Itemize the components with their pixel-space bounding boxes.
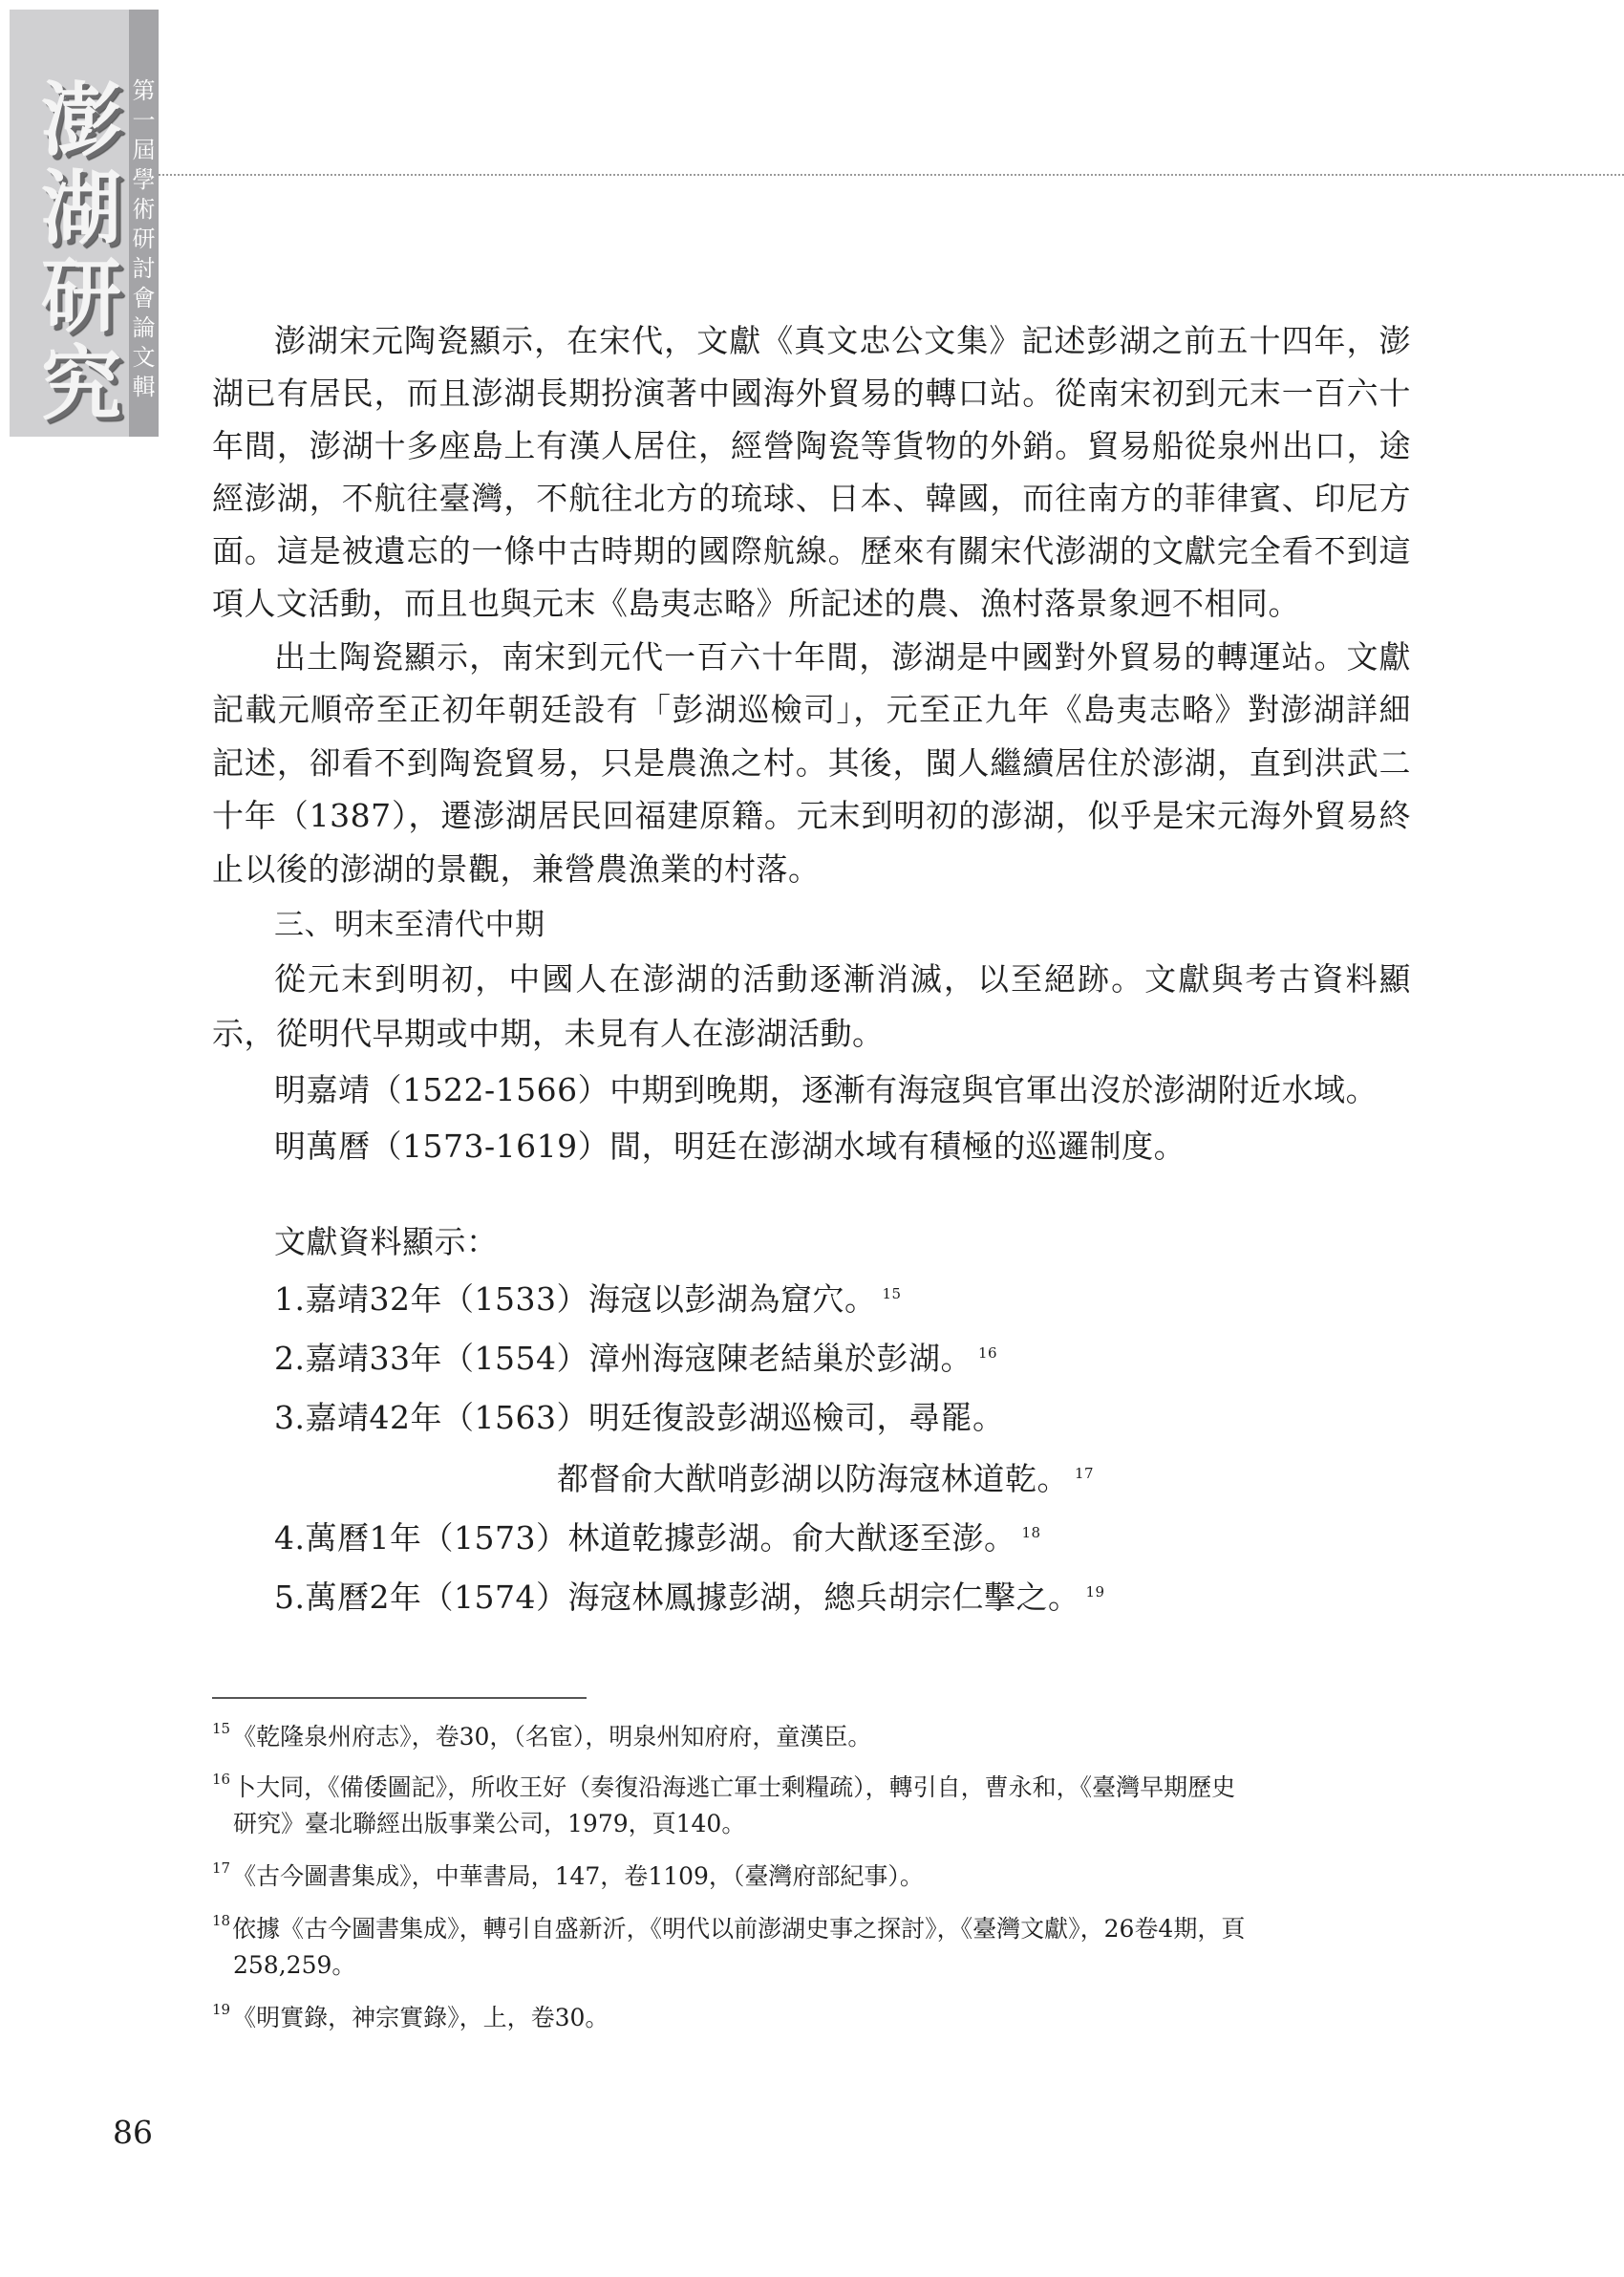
- footnote-ref[interactable]: 19: [1085, 1583, 1104, 1600]
- footnote-ref[interactable]: 17: [1075, 1465, 1094, 1482]
- footnote-ref[interactable]: 16: [978, 1344, 997, 1362]
- journal-subtitle-char: 學: [133, 165, 156, 195]
- journal-subtitle-char: 研: [133, 225, 156, 254]
- footnote-number: 17: [212, 1859, 230, 1877]
- page-number: 86: [113, 2114, 153, 2152]
- journal-subtitle-char: 討: [133, 254, 156, 284]
- list-item-text: 5.萬曆2年（1574）海寇林鳳據彭湖，總兵胡宗仁擊之。: [274, 1579, 1079, 1616]
- text-line: 十年（1387），遷澎湖居民回福建原籍。元末到明初的澎湖，似乎是宋元海外貿易終: [212, 797, 1411, 835]
- list-item-text: 3.嘉靖42年（1563）明廷復設彭湖巡檢司，尋罷。: [274, 1399, 1004, 1436]
- footnote-text: 依據《古今圖書集成》，轉引自盛新沂，《明代以前澎湖史事之探討》，《臺灣文獻》，2…: [232, 1915, 1245, 1943]
- paragraph-4: 明嘉靖（1522-1566）中期到晚期，逐漸有海寇與官軍出沒於澎湖附近水域。: [274, 1071, 1378, 1109]
- list-item-text: 4.萬曆1年（1573）林道乾據彭湖。俞大猷逐至澎。: [274, 1519, 1015, 1557]
- text-line: 澎湖宋元陶瓷顯示，在宋代，文獻《真文忠公文集》記述彭湖之前五十四年，澎: [274, 322, 1411, 360]
- text-line: 從元末到明初，中國人在澎湖的活動逐漸消滅，以至絕跡。文獻與考古資料顯: [274, 960, 1411, 999]
- journal-title-char: 究: [41, 340, 121, 428]
- list-intro: 文獻資料顯示：: [274, 1223, 499, 1261]
- journal-title: 澎 湖 研 究: [38, 76, 124, 428]
- header-dotted-rule: [159, 174, 1624, 176]
- paragraph-5: 明萬曆（1573-1619）間，明廷在澎湖水域有積極的巡邏制度。: [274, 1128, 1186, 1166]
- footnote-number: 18: [212, 1912, 230, 1929]
- text-line: 年間，澎湖十多座島上有漢人居住，經營陶瓷等貨物的外銷。貿易船從泉州出口，途: [212, 427, 1411, 465]
- journal-subtitle-char: 第: [133, 76, 156, 106]
- text-line: 面。這是被遺忘的一條中古時期的國際航線。歷來有關宋代澎湖的文獻完全看不到這: [212, 532, 1411, 570]
- text-line: 示，從明代早期或中期，未見有人在澎湖活動。: [212, 1015, 885, 1053]
- list-item-text: 2.嘉靖33年（1554）漳州海寇陳老結巢於彭湖。: [274, 1340, 972, 1377]
- footnote-separator: [212, 1697, 587, 1699]
- journal-title-char: 研: [41, 252, 121, 340]
- text-line: 經澎湖，不航往臺灣，不航往北方的琉球、日本、韓國，而往南方的菲律賓、印尼方: [212, 480, 1411, 518]
- journal-subtitle-char: 屆: [133, 136, 156, 165]
- text-line: 記述，卻看不到陶瓷貿易，只是農漁之村。其後，閩人繼續居住於澎湖，直到洪武二: [212, 744, 1411, 783]
- footnote-number: 15: [212, 1720, 230, 1737]
- list-item-continuation: 都督俞大猷哨彭湖以防海寇林道乾。17: [557, 1460, 1094, 1498]
- journal-subtitle-char: 術: [133, 195, 156, 225]
- footnote-text: 卜大同，《備倭圖記》，所收王好（奏復沿海逃亡軍士剩糧疏），轉引自，曹永和，《臺灣…: [232, 1773, 1235, 1801]
- list-item-text: 都督俞大猷哨彭湖以防海寇林道乾。: [557, 1460, 1069, 1497]
- text-line: 項人文活動，而且也與元末《島夷志略》所記述的農、漁村落景象迥不相同。: [212, 585, 1300, 623]
- footnote-ref[interactable]: 15: [882, 1285, 901, 1302]
- footnote-number: 16: [212, 1771, 230, 1788]
- footnote-ref[interactable]: 18: [1021, 1524, 1040, 1541]
- journal-subtitle-char: 一: [133, 106, 156, 136]
- text-line: 出土陶瓷顯示，南宋到元代一百六十年間，澎湖是中國對外貿易的轉運站。文獻: [274, 638, 1411, 677]
- footnote-text: 研究》臺北聯經出版事業公司，1979，頁140。: [233, 1809, 745, 1839]
- journal-subtitle-char: 論: [133, 313, 156, 343]
- list-item: 4.萬曆1年（1573）林道乾據彭湖。俞大猷逐至澎。18: [274, 1519, 1041, 1557]
- list-item-text: 1.嘉靖32年（1533）海寇以彭湖為窟穴。: [274, 1280, 876, 1318]
- journal-subtitle-char: 會: [133, 284, 156, 313]
- text-line: 記載元順帝至正初年朝廷設有「彭湖巡檢司」，元至正九年《島夷志略》對澎湖詳細: [212, 691, 1411, 729]
- journal-subtitle-char: 文: [133, 343, 156, 373]
- list-item: 1.嘉靖32年（1533）海寇以彭湖為窟穴。15: [274, 1280, 902, 1319]
- list-item: 5.萬曆2年（1574）海寇林鳳據彭湖，總兵胡宗仁擊之。19: [274, 1579, 1105, 1617]
- journal-title-char: 澎: [41, 76, 121, 164]
- text-line: 湖已有居民，而且澎湖長期扮演著中國海外貿易的轉口站。從南宋初到元末一百六十: [212, 375, 1411, 413]
- list-item: 3.嘉靖42年（1563）明廷復設彭湖巡檢司，尋罷。: [274, 1399, 1004, 1437]
- journal-title-char: 湖: [41, 164, 121, 252]
- footnote-text: 《明實錄，神宗實錄》，上，卷30。: [232, 2004, 609, 2031]
- section-heading: 三、明末至清代中期: [274, 906, 545, 944]
- journal-subtitle: 第 一 屆 學 術 研 討 會 論 文 輯: [129, 76, 159, 402]
- footnote-text: 《乾隆泉州府志》，卷30，（名宦），明泉州知府府，童漢臣。: [232, 1723, 871, 1751]
- journal-subtitle-char: 輯: [133, 373, 156, 402]
- footnote-number: 19: [212, 2001, 230, 2018]
- text-line: 止以後的澎湖的景觀，兼營農漁業的村落。: [212, 850, 821, 889]
- footnote-text: 《古今圖書集成》，中華書局，147，卷1109，（臺灣府部紀事）。: [232, 1862, 924, 1890]
- footnote-text: 258,259。: [233, 1950, 355, 1981]
- list-item: 2.嘉靖33年（1554）漳州海寇陳老結巢於彭湖。16: [274, 1340, 997, 1378]
